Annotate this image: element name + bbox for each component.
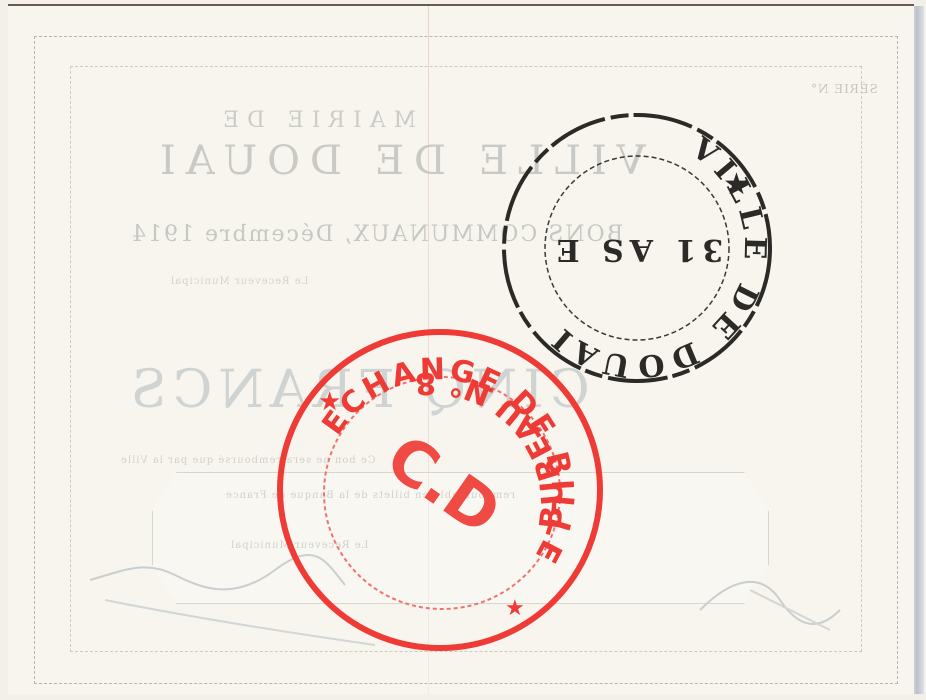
- mirrored-small-text: Le Receveur Municipal: [170, 276, 308, 287]
- svg-text:★: ★: [318, 387, 341, 417]
- red-exchange-stamp: ECHANGE DE BILLETS BUREAU N° 8 ★ ★ C.D: [270, 325, 610, 655]
- svg-text:★: ★: [723, 167, 750, 202]
- svg-text:★: ★: [505, 596, 525, 621]
- mirrored-series-text: SÉRIE N°: [810, 82, 878, 96]
- svg-text:C.D: C.D: [373, 420, 514, 549]
- right-signature-bleed: [690, 560, 850, 640]
- scan-background: SÉRIE N° MAIRIE DE VILLE DE DOUAI BONS C…: [0, 0, 926, 700]
- svg-text:31 AS E: 31 AS E: [551, 232, 723, 267]
- mirrored-title-line1: MAIRIE DE: [215, 108, 416, 133]
